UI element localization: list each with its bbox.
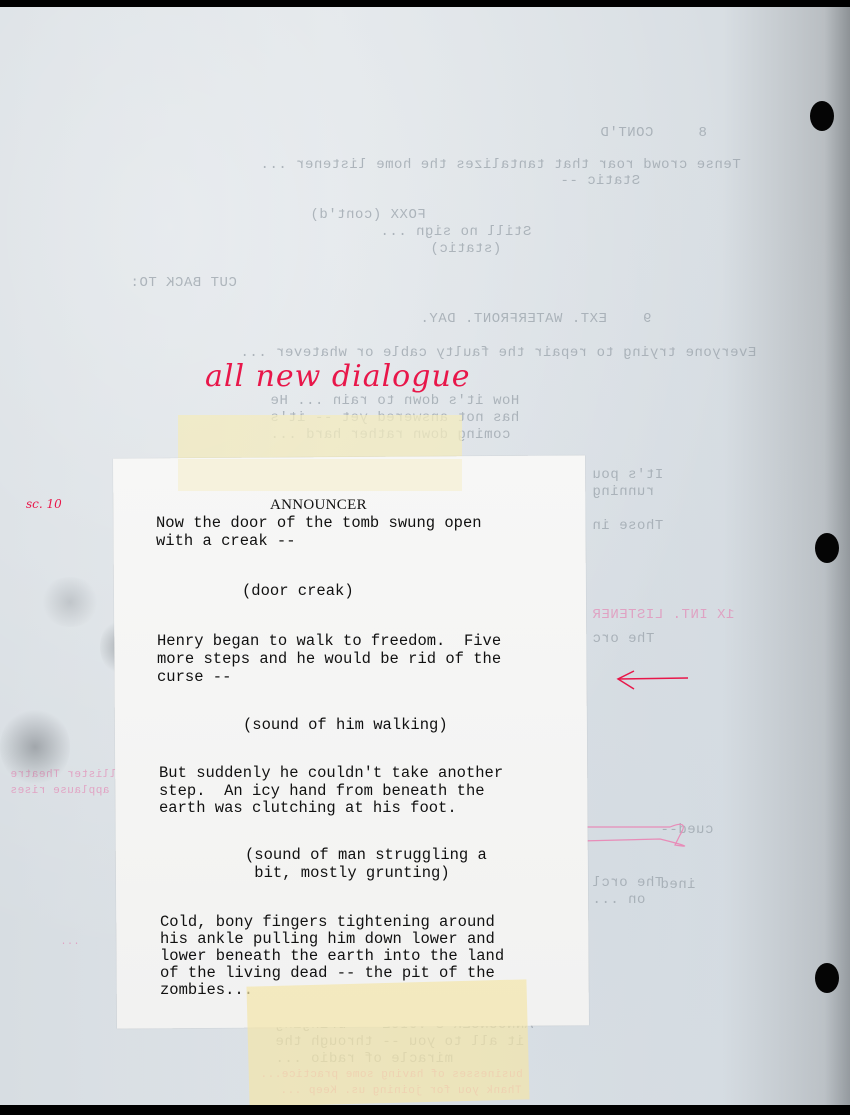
bleed-line: 8 CONT'D <box>600 125 707 141</box>
bleed-line: Those in <box>592 518 663 534</box>
sound-cue: (sound of him walking) <box>243 717 448 734</box>
dialogue-line: his ankle pulling him down lower and <box>160 931 495 948</box>
smudge <box>40 577 100 627</box>
dialogue-line: But suddenly he couldn't take another <box>159 765 503 782</box>
bleed-line: Static -- <box>560 173 729 189</box>
bleed-line: The orcl <box>592 875 663 891</box>
binder-hole-icon <box>815 533 839 563</box>
dialogue-line: of the living dead -- the pit of the <box>160 965 495 982</box>
scanned-page: 8 CONT'D Tense crowd roar that tantalize… <box>0 7 850 1105</box>
bleed-line: FOXX (cont'd) <box>310 207 426 223</box>
bleed-line: Still no sign ... <box>380 224 531 240</box>
bleed-line: CUT BACK TO: <box>130 275 237 291</box>
dialogue-line: Henry began to walk to freedom. Five <box>157 633 501 650</box>
dialogue-line: curse -- <box>157 669 231 686</box>
bleed-line: (static) <box>430 241 501 257</box>
bleed-line: 9 EXT. WATERFRONT. DAY. <box>420 311 651 327</box>
bleed-line: The orc <box>592 631 654 647</box>
sound-cue: (door creak) <box>242 583 354 600</box>
scene-label: sc. 10 <box>26 497 62 511</box>
handwritten-note: all new dialogue <box>205 359 471 394</box>
dialogue-line: lower beneath the earth into the land <box>160 948 504 965</box>
tape-strip <box>246 979 529 1105</box>
bleed-line: ined <box>660 877 776 893</box>
bleed-line: It's pou <box>592 467 663 483</box>
dialogue-line: Now the door of the tomb swung open <box>156 515 482 532</box>
dialogue-line: step. An icy hand from beneath the <box>159 783 485 800</box>
arrow-left-icon <box>612 667 692 697</box>
smudge <box>0 707 70 787</box>
tape-strip-overlap <box>178 459 462 491</box>
dialogue-line: with a creak -- <box>156 533 296 550</box>
binder-hole-icon <box>810 101 834 131</box>
dialogue-line: Cold, bony fingers tightening around <box>160 914 495 931</box>
character-name: ANNOUNCER <box>270 497 367 514</box>
dialogue-line: zombies... <box>160 982 253 999</box>
bleed-line: How it's down to rain ... He <box>270 393 519 409</box>
sound-cue: bit, mostly grunting) <box>245 865 450 882</box>
binder-hole-icon <box>815 963 839 993</box>
bleed-annotation: applause rises <box>10 785 109 797</box>
dialogue-line: more steps and he would be rid of the <box>157 651 501 668</box>
bleed-line: Tense crowd roar that tantalizes the hom… <box>260 157 741 173</box>
bleed-annotation: ... <box>60 937 80 948</box>
bleed-annotation: 1X INT. LISTENER <box>592 607 734 623</box>
bleed-line: on ... <box>592 892 645 908</box>
bleed-line: running <box>592 484 654 500</box>
sound-cue: (sound of man struggling a <box>245 847 487 864</box>
pink-bracket-mark <box>580 819 710 859</box>
dialogue-line: earth was clutching at his foot. <box>159 800 457 817</box>
